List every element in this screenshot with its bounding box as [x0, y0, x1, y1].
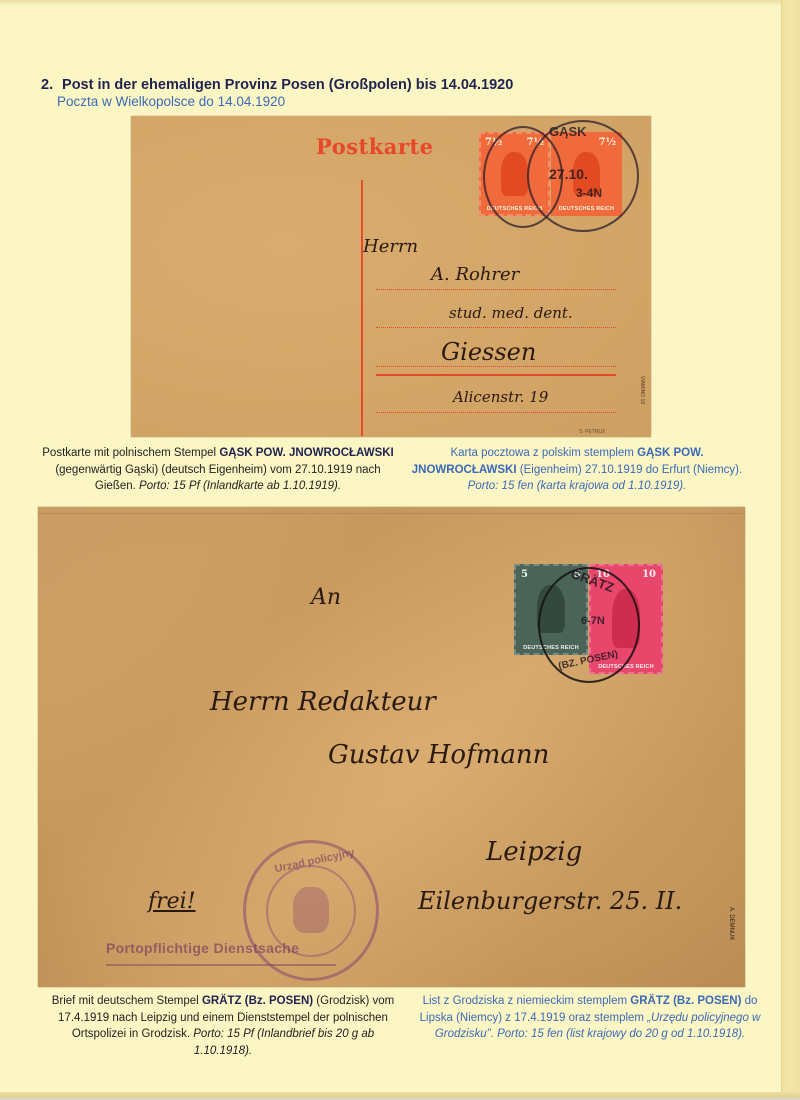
stamp-value: 5	[521, 569, 528, 580]
handwritten-address: Gustav Hofmann	[328, 740, 549, 770]
postcard-image: Postkarte 7½ 7½ DEUTSCHES REICH 7½ DEUTS…	[131, 116, 651, 437]
caption-postage: Porto: 15 Pf (Inlandbrief bis 20 g ab 1.…	[193, 1028, 374, 1057]
caption-postmark-name: GĄSK POW. JNOWROCŁAWSKI	[219, 447, 393, 459]
envelope-fold	[38, 513, 745, 514]
handwritten-address: Herrn Redakteur	[210, 687, 436, 717]
eagle-emblem-icon	[293, 887, 329, 933]
address-line	[376, 327, 616, 328]
postcard-divider-line	[361, 180, 363, 436]
caption-envelope-de: Brief mit deutschem Stempel GRÄTZ (Bz. P…	[42, 993, 404, 1059]
page-top-edge	[0, 0, 800, 6]
side-mark: VIAMINO 19	[639, 376, 645, 404]
side-mark: A. DEMNUK	[728, 907, 734, 940]
address-line-solid	[376, 374, 616, 376]
handwritten-address: Leipzig	[486, 837, 582, 867]
stamp-value: 10	[642, 569, 656, 580]
postmark-time: 3-4N	[576, 186, 602, 200]
handwritten-address: stud. med. dent.	[449, 304, 573, 322]
caption-postcard-de: Postkarte mit polnischem Stempel GĄSK PO…	[42, 445, 394, 495]
postcard-printed-title: Postkarte	[316, 134, 434, 159]
caption-text: (Eigenheim) 27.10.1919 do Erfurt (Niemcy…	[517, 464, 743, 476]
caption-postmark-name: GRÄTZ (Bz. POSEN)	[630, 995, 741, 1007]
address-line	[376, 366, 616, 367]
page-right-edge	[781, 0, 800, 1100]
postmark-time: 6-7N	[581, 615, 605, 627]
handwritten-frei-note: frei!	[148, 889, 196, 914]
album-page: 2. Post in der ehemaligen Provinz Posen …	[0, 0, 800, 1100]
caption-postage: Porto: 15 fen (karta krajowa od 1.10.191…	[468, 480, 687, 492]
handwritten-address: Giessen	[441, 338, 536, 366]
police-office-seal: Urząd policyjny	[243, 840, 379, 981]
section-title-de: Post in der ehemaligen Provinz Posen (Gr…	[62, 77, 513, 93]
handwritten-address: Alicenstr. 19	[453, 388, 548, 406]
handwritten-address: Herrn	[363, 236, 418, 257]
handwritten-address: Eilenburgerstr. 25. II.	[418, 887, 682, 915]
handwritten-address: A. Rohrer	[431, 264, 519, 285]
address-line	[376, 289, 616, 290]
caption-envelope-pl: List z Grodziska z niemieckim stemplem G…	[412, 993, 768, 1043]
section-title-pl: Poczta w Wielkopolsce do 14.04.1920	[57, 94, 285, 109]
official-mark-underline	[106, 964, 336, 966]
caption-postmark-name: GRÄTZ (Bz. POSEN)	[202, 995, 313, 1007]
caption-postcard-pl: Karta pocztowa z polskim stemplem GĄSK P…	[402, 445, 752, 495]
caption-text: Karta pocztowa z polskim stemplem	[450, 447, 637, 459]
section-heading: 2. Post in der ehemaligen Provinz Posen …	[41, 77, 513, 93]
postmark-date: 27.10.	[549, 166, 588, 182]
official-mail-mark: Portopflichtige Dienstsache	[106, 940, 299, 956]
postmark-place: GĄSK	[549, 124, 587, 139]
caption-postage: . Porto: 15 fen (list krajowy do 20 g od…	[491, 1028, 745, 1040]
address-line	[376, 412, 616, 413]
handwritten-address: An	[311, 585, 341, 610]
printer-mark: S. PETRUX	[579, 429, 605, 435]
section-number: 2.	[41, 77, 58, 93]
caption-text: List z Grodziska z niemieckim stemplem	[423, 995, 631, 1007]
caption-postage: Porto: 15 Pf (Inlandkarte ab 1.10.1919).	[139, 480, 341, 492]
envelope-image: 5 5 DEUTSCHES REICH 10 10 DEUTSCHES REIC…	[38, 507, 745, 987]
caption-text: Postkarte mit polnischem Stempel	[42, 447, 219, 459]
page-bottom-edge	[0, 1092, 800, 1100]
caption-text: Brief mit deutschem Stempel	[52, 995, 202, 1007]
